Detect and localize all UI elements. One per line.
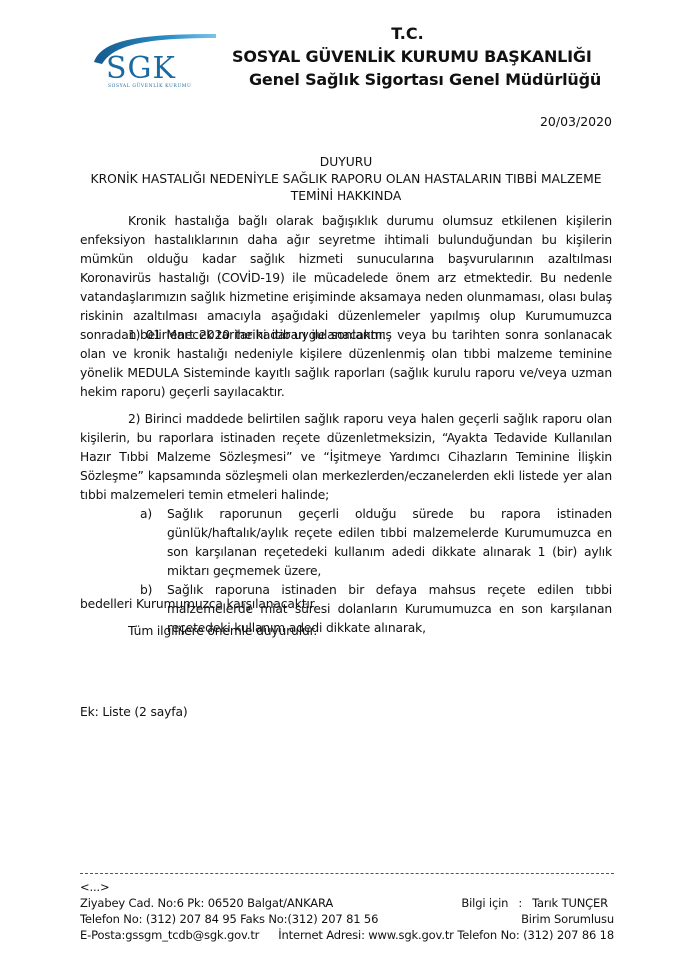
footer-address: Ziyabey Cad. No:6 Pk: 06520 Balgat/ANKAR… (80, 895, 454, 911)
svg-text:SGK: SGK (106, 51, 176, 86)
sub-item-a: a) Sağlık raporunun geçerli olduğu süred… (140, 505, 612, 581)
contact-label: Bilgi için (461, 895, 508, 911)
item-2-paragraph: 2) Birinci maddede belirtilen sağlık rap… (80, 410, 612, 505)
document-title: DUYURU KRONİK HASTALIĞI NEDENİYLE SAĞLIK… (80, 154, 612, 205)
sub-item-text: Sağlık raporunun geçerli olduğu sürede b… (167, 507, 612, 578)
conclusion-text: bedelleri Kurumumuzca karşılanacaktır. (80, 597, 317, 611)
sub-item-marker: a) (140, 505, 152, 524)
contact-phone: Telefon No: (312) 207 86 18 (457, 927, 614, 943)
footer-divider (80, 873, 614, 874)
title-line-2: TEMİNİ HAKKINDA (80, 188, 612, 205)
contact-name-row: Bilgi için:Tarık TUNÇER (457, 895, 614, 911)
closing-text: Tüm ilgililere önemle duyurulur. (128, 624, 317, 638)
contact-title: Birim Sorumlusu (457, 911, 614, 927)
title-line-1: KRONİK HASTALIĞI NEDENİYLE SAĞLIK RAPORU… (80, 171, 612, 188)
footer-address-block: <...> Ziyabey Cad. No:6 Pk: 06520 Balgat… (80, 879, 454, 943)
svg-text:SOSYAL GÜVENLİK KURUMU: SOSYAL GÜVENLİK KURUMU (108, 82, 191, 89)
sub-item-list: a) Sağlık raporunun geçerli olduğu süred… (140, 505, 612, 638)
item-1-paragraph: 1) 01 Mart 2020 tarihi itibarı ile sonla… (80, 326, 612, 402)
footer-contact-line: E-Posta:gssgm_tcdb@sgk.gov.tr İnternet A… (80, 927, 454, 943)
footer-email[interactable]: E-Posta:gssgm_tcdb@sgk.gov.tr (80, 928, 259, 942)
footer-website[interactable]: İnternet Adresi: www.sgk.gov.tr (278, 928, 453, 942)
footer-phone-fax: Telefon No: (312) 207 84 95 Faks No:(312… (80, 911, 454, 927)
footer-contact-block: Bilgi için:Tarık TUNÇER Birim Sorumlusu … (457, 895, 614, 943)
footer-ellipsis: <...> (80, 879, 454, 895)
header-department: Genel Sağlık Sigortası Genel Müdürlüğü (249, 70, 601, 89)
attachment-note: Ek: Liste (2 sayfa) (80, 705, 187, 719)
contact-colon: : (518, 895, 522, 911)
contact-name: Tarık TUNÇER (532, 896, 608, 910)
document-date: 20/03/2020 (540, 114, 612, 129)
header-tc: T.C. (0, 24, 690, 43)
header-organization: SOSYAL GÜVENLİK KURUMU BAŞKANLIĞI (232, 47, 592, 66)
title-label: DUYURU (80, 154, 612, 171)
